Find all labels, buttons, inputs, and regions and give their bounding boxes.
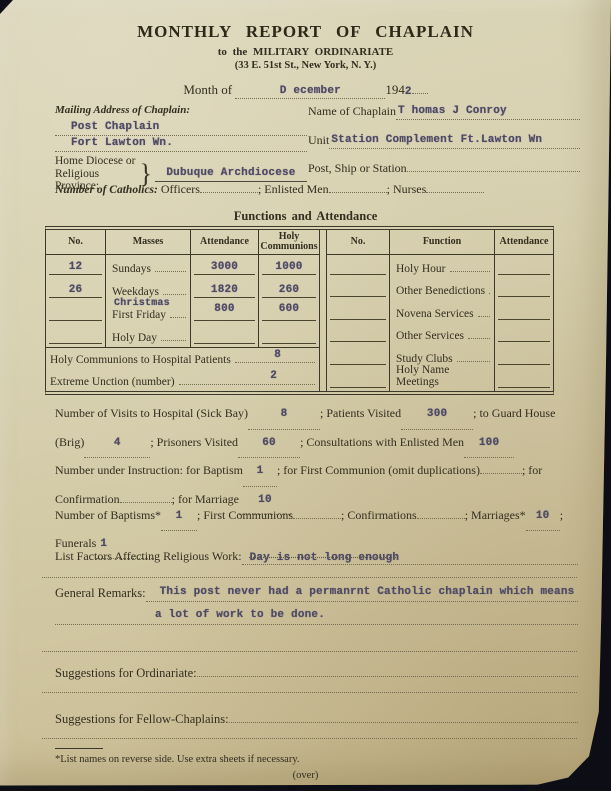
table-cell: 1820 [191, 278, 259, 301]
table-cell: Holy Hour [390, 255, 495, 278]
extreme-unction-row: 2 Extreme Unction (number) [46, 369, 319, 391]
month-field: Month of D ecember1942 [0, 82, 611, 99]
table-cell: Other Benedictions [390, 278, 495, 301]
table-cell: 12 [46, 255, 106, 278]
table-cell: Other Services [390, 323, 495, 346]
table-cell: Novena Services [390, 300, 495, 323]
remarks-label: General Remarks: [55, 586, 146, 601]
blank-rule [42, 738, 577, 739]
blank-rule [42, 577, 577, 578]
table-cell [46, 301, 106, 324]
month-typed: D ecember [280, 85, 341, 97]
diocese-value: Dubuque Archdiocese [155, 166, 307, 182]
table-cell [495, 278, 553, 301]
mailing-line-2: Fort Lawton Wn. [55, 136, 307, 152]
table-cell [327, 368, 390, 391]
table-cell [327, 278, 390, 301]
table-cell [327, 300, 390, 323]
remarks-line-1: This post never had a permanrnt Catholic… [160, 586, 575, 598]
factors-label: List Factors Affecting Religious Work: [55, 549, 242, 564]
visits-line-2: (Brig)4; Prisoners Visited60; Consultati… [55, 430, 580, 459]
christmas-note: Christmas [114, 298, 170, 309]
table-title: Functions and Attendance [0, 209, 611, 224]
visits-statistics: Number of Visits to Hospital (Sick Bay)8… [55, 401, 580, 515]
post-ship-station-label: Post, Ship or Station [308, 161, 407, 176]
table-cell [495, 300, 553, 323]
nurses-blank [426, 192, 484, 193]
factors-value: Day is not long enough [250, 552, 400, 564]
sacraments-line-1: Number of Baptisms*1; First Communions; … [55, 503, 580, 531]
post-ship-station-field: Post, Ship or Station [308, 161, 580, 176]
footnote-text: *List names on reverse side. Use extra s… [55, 754, 300, 765]
factors-line: List Factors Affecting Religious Work: D… [55, 549, 578, 565]
table-cell [495, 255, 553, 278]
form-subtitle: to the MILITARY ORDINARIATE [0, 46, 611, 58]
catholics-lead: Number of Catholics: [55, 184, 158, 196]
table-cell [327, 323, 390, 346]
blank-rule [42, 692, 577, 693]
table-cell: 26 [46, 278, 106, 301]
table-cell: 260 [259, 278, 319, 301]
form-title: MONTHLY REPORT OF CHAPLAIN [0, 22, 611, 42]
table-cell [495, 345, 553, 368]
table-cell: Sundays [106, 255, 191, 278]
table-divider [319, 230, 327, 391]
table-cell [46, 324, 106, 347]
officers-blank [200, 192, 258, 193]
table-cell: 3000 [191, 255, 259, 278]
table-cell [327, 345, 390, 368]
footnote-rule [55, 748, 103, 749]
table-cell [191, 324, 259, 347]
table-cell [327, 255, 390, 278]
hospital-communions-row: 8 Holy Communions to Hospital Patients [46, 347, 319, 369]
mailing-address-block: Mailing Address of Chaplain: Post Chapla… [55, 104, 307, 193]
blank-rule [42, 651, 577, 652]
remarks-line-2: a lot of work to be done. [155, 609, 325, 621]
general-remarks: General Remarks: This post never had a p… [55, 586, 578, 625]
table-cell [495, 368, 553, 391]
table-cell: ChristmasFirst Friday [106, 301, 191, 324]
chaplain-name-value: T homas J Conroy [398, 105, 507, 117]
suggestions-ordinariate: Suggestions for Ordinariate: [55, 666, 578, 681]
chaplain-name-field: Name of Chaplain T homas J Conroy [308, 104, 580, 120]
table-cell: 600 [259, 301, 319, 324]
year-printed: 194 [385, 82, 405, 97]
scanned-chaplain-report: MONTHLY REPORT OF CHAPLAIN to the MILITA… [0, 0, 611, 791]
table-cell: Holy Day [106, 324, 191, 347]
suggestions-fellow-chaplains: Suggestions for Fellow-Chaplains: [55, 712, 578, 727]
unit-field: Unit Station Complement Ft.Lawton Wn [308, 133, 580, 149]
ordinariate-address: (33 E. 51st St., New York, N. Y.) [0, 60, 611, 71]
month-blank: D ecember [235, 82, 385, 99]
table-cell: 1000 [259, 255, 319, 278]
mailing-address-label: Mailing Address of Chaplain: [55, 104, 307, 116]
number-of-catholics-line: Number of Catholics: Officers; Enlisted … [55, 182, 580, 197]
chaplain-name-label: Name of Chaplain [308, 104, 396, 119]
table-cell: Holy Name Meetings [390, 368, 495, 391]
table-cell [259, 324, 319, 347]
month-label: Month of [183, 82, 232, 97]
year-blank [412, 93, 428, 94]
year-typed: 2 [405, 86, 412, 98]
table-cell [495, 323, 553, 346]
instruction-line-1: Number under Instruction: for Baptism1; … [55, 458, 580, 487]
enlisted-blank [329, 192, 387, 193]
functions-attendance-table: No. Masses Attendance Holy Communions 12… [45, 226, 554, 395]
functions-table: No. Function Attendance Holy Hour Other … [327, 230, 553, 391]
masses-table: No. Masses Attendance Holy Communions 12… [46, 230, 319, 391]
chaplain-info-block: Name of Chaplain T homas J Conroy Unit S… [308, 104, 580, 189]
over-note: (over) [0, 770, 611, 781]
unit-label: Unit [308, 133, 329, 148]
mailing-line-1: Post Chaplain [55, 120, 307, 136]
table-cell: 800 [191, 301, 259, 324]
unit-value: Station Complement Ft.Lawton Wn [331, 134, 542, 146]
visits-line-1: Number of Visits to Hospital (Sick Bay)8… [55, 401, 580, 430]
